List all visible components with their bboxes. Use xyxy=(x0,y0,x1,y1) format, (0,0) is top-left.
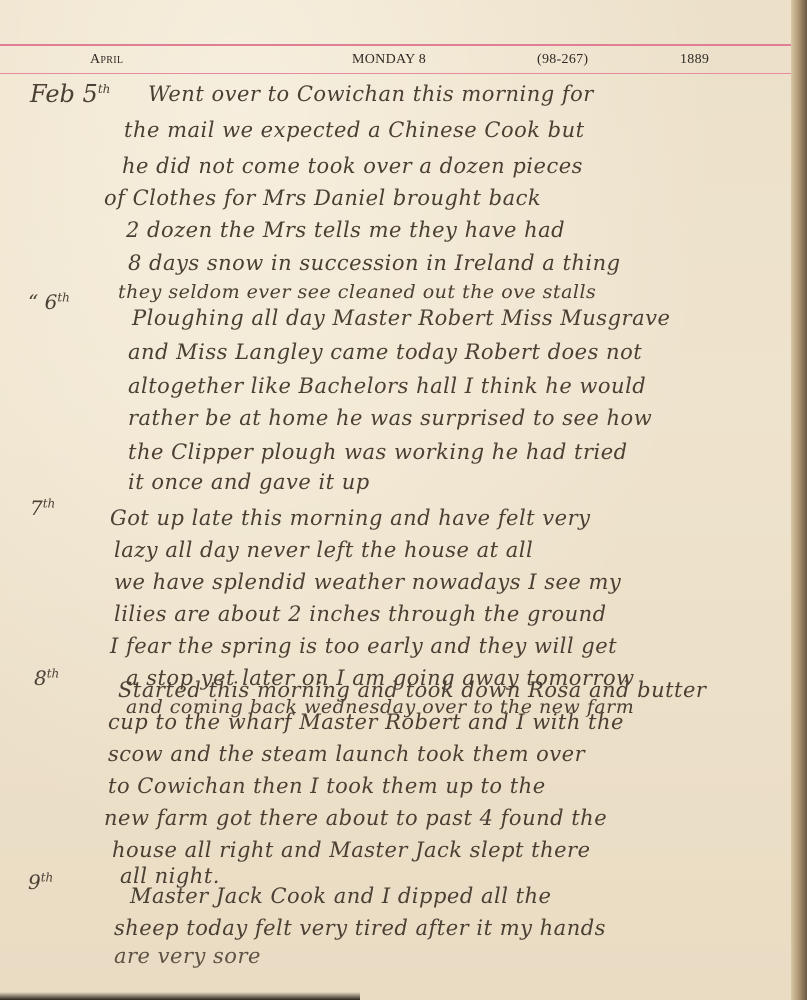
entry-line: we have splendid weather nowadays I see … xyxy=(114,570,621,594)
entry-line: new farm got there about to past 4 found… xyxy=(104,806,607,830)
diary-page: April MONDAY 8 (98-267) 1889 Feb 5th Wen… xyxy=(0,0,807,1000)
entry-line: Started this morning and took down Rosa … xyxy=(118,678,706,702)
entry-line: it once and gave it up xyxy=(128,470,370,494)
entry-line: 2 dozen the Mrs tells me they have had xyxy=(126,218,565,242)
entry-line: I fear the spring is too early and they … xyxy=(110,634,617,658)
entry-line: of Clothes for Mrs Daniel brought back xyxy=(104,186,541,210)
entry-date: “ 6th xyxy=(28,290,70,314)
entry-line: Went over to Cowichan this morning for xyxy=(148,82,594,106)
entry-line: 8 days snow in succession in Ireland a t… xyxy=(128,251,621,275)
entry-line: altogether like Bachelors hall I think h… xyxy=(128,374,646,398)
entry-line: and Miss Langley came today Robert does … xyxy=(128,340,642,364)
entry-line: scow and the steam launch took them over xyxy=(108,742,585,766)
entry-line: he did not come took over a dozen pieces xyxy=(122,154,583,178)
header-year: 1889 xyxy=(680,52,709,68)
entry-line: cup to the wharf Master Robert and I wit… xyxy=(108,710,624,734)
header-bottom-rule xyxy=(0,73,792,74)
entry-date: 7th xyxy=(30,496,55,520)
entry-line: Got up late this morning and have felt v… xyxy=(110,506,590,530)
entry-line: they seldom ever see cleaned out the ove… xyxy=(118,281,596,303)
page-bottom-shadow xyxy=(0,992,360,1000)
entry-line: sheep today felt very tired after it my … xyxy=(114,916,606,940)
entry-line: house all right and Master Jack slept th… xyxy=(112,838,591,862)
entry-line: are very sore xyxy=(114,944,261,968)
entry-line: the Clipper plough was working he had tr… xyxy=(128,440,628,464)
entry-date: Feb 5th xyxy=(30,80,110,108)
header-top-rule xyxy=(0,44,792,46)
entry-line: Master Jack Cook and I dipped all the xyxy=(130,884,551,908)
entry-line: lazy all day never left the house at all xyxy=(114,538,533,562)
entry-line: the mail we expected a Chinese Cook but xyxy=(124,118,585,142)
entry-line: to Cowichan then I took them up to the xyxy=(108,774,546,798)
book-binding-edge xyxy=(791,0,807,1000)
header-day: MONDAY 8 xyxy=(352,52,426,68)
header-day-count: (98-267) xyxy=(537,52,588,68)
entry-line: rather be at home he was surprised to se… xyxy=(128,406,652,430)
entry-date: 9th xyxy=(28,870,53,894)
header-month: April xyxy=(90,52,123,68)
entry-line: lilies are about 2 inches through the gr… xyxy=(114,602,607,626)
entry-date: 8th xyxy=(34,666,59,690)
page-header: April MONDAY 8 (98-267) 1889 xyxy=(0,50,792,72)
entry-line: Ploughing all day Master Robert Miss Mus… xyxy=(132,306,670,330)
